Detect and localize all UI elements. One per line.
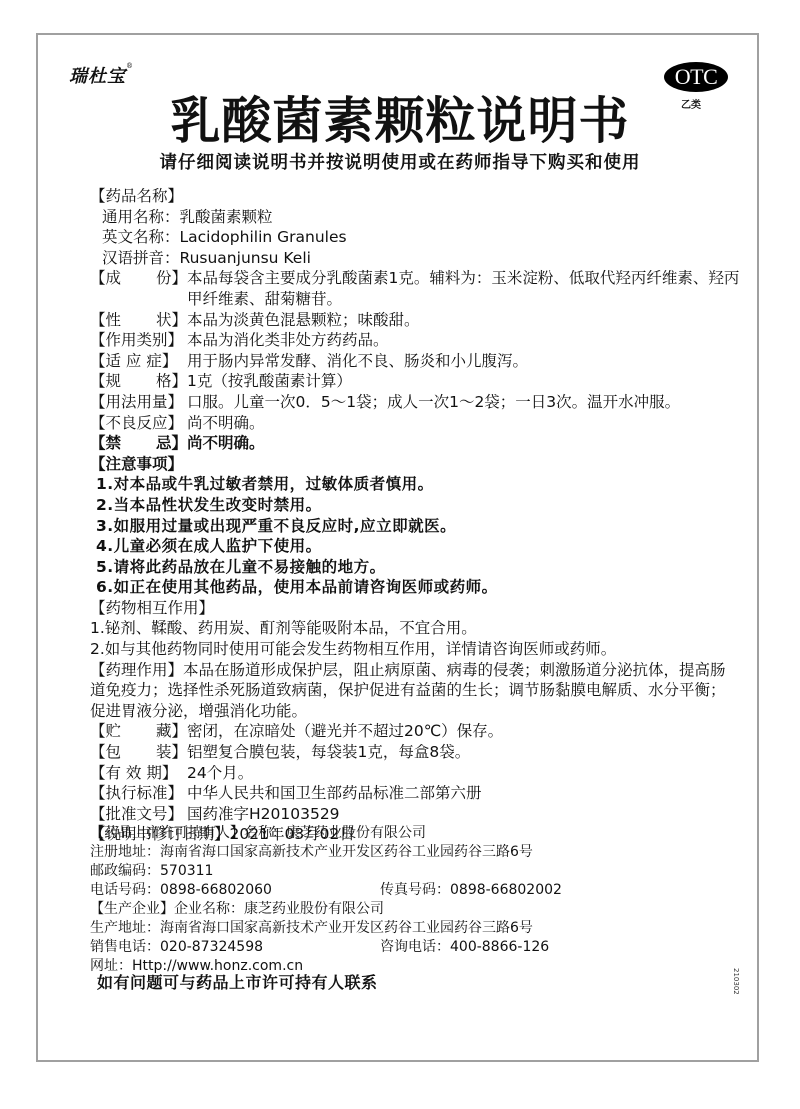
adverse-reactions-row: 【不良反应】 尚不明确。 [90, 413, 740, 434]
interaction-item: 2.如与其他药物同时使用可能会发生药物相互作用，详情请咨询医师或药师。 [90, 639, 740, 660]
holder-phone-row: 电话号码：0898-66802060 传真号码：0898-66802002 [90, 881, 730, 900]
holder-fax: 传真号码：0898-66802002 [380, 881, 562, 900]
english-name-row: 英文名称：Lacidophilin Granules [90, 227, 740, 248]
precaution-item: 1.对本品或牛乳过敏者禁用，过敏体质者慎用。 [90, 474, 740, 495]
holder-name-row: 【药品上市许可持有人】名称：康芝药业股份有限公司 [90, 824, 730, 843]
precaution-item: 5.请将此药品放在儿童不易接触的地方。 [90, 557, 740, 578]
pinyin-name-row: 汉语拼音：Rusuanjunsu Keli [90, 248, 740, 269]
indications-row: 【适 应 症】 用于肠内异常发酵、消化不良、肠炎和小儿腹泻。 [90, 351, 740, 372]
precautions-header: 【注意事项】 [90, 454, 740, 475]
holder-phone: 电话号码：0898-66802060 [90, 881, 380, 900]
description-row: 【性状】 本品为淡黄色混悬颗粒；味酸甜。 [90, 310, 740, 331]
manufacturer-address-row: 生产地址：海南省海口国家高新技术产业开发区药谷工业园药谷三路6号 [90, 919, 730, 938]
drug-name-header: 【药品名称】 [90, 186, 740, 207]
dosage-row: 【用法用量】 口服。儿童一次0．5～1袋；成人一次1～2袋；一日3次。温开水冲服… [90, 392, 740, 413]
interactions-header: 【药物相互作用】 [90, 598, 740, 619]
document-title: 乳酸菌素颗粒说明书 [0, 92, 800, 150]
standard-row: 【执行标准】 中华人民共和国卫生部药品标准二部第六册 [90, 783, 740, 804]
shelf-life-row: 【有 效 期】 24个月。 [90, 763, 740, 784]
storage-row: 【贮藏】 密闭，在凉暗处（避光并不超过20℃）保存。 [90, 721, 740, 742]
leaflet-body: 【药品名称】 通用名称：乳酸菌素颗粒 英文名称：Lacidophilin Gra… [90, 186, 740, 845]
version-code: 210302 [732, 968, 740, 995]
approval-number-row: 【批准文号】 国药准字H20103529 [90, 804, 740, 825]
interaction-item: 1.铋剂、鞣酸、药用炭、酊剂等能吸附本品，不宜合用。 [90, 618, 740, 639]
precaution-item: 2.当本品性状发生改变时禁用。 [90, 495, 740, 516]
category-row: 【作用类别】 本品为消化类非处方药药品。 [90, 330, 740, 351]
manufacturer-name-row: 【生产企业】企业名称：康芝药业股份有限公司 [90, 900, 730, 919]
precaution-item: 6.如正在使用其他药品，使用本品前请咨询医师或药师。 [90, 577, 740, 598]
sales-phone: 销售电话：020-87324598 [90, 938, 380, 957]
holder-address-row: 注册地址：海南省海口国家高新技术产业开发区药谷工业园药谷三路6号 [90, 843, 730, 862]
company-info: 【药品上市许可持有人】名称：康芝药业股份有限公司 注册地址：海南省海口国家高新技… [90, 824, 730, 976]
pharmacology-row: 【药理作用】本品在肠道形成保护层，阻止病原菌、病毒的侵袭；刺激肠道分泌抗体，提高… [90, 660, 740, 722]
consult-phone: 咨询电话：400-8866-126 [380, 938, 549, 957]
generic-name-row: 通用名称：乳酸菌素颗粒 [90, 207, 740, 228]
contact-note: 如有问题可与药品上市许可持有人联系 [97, 970, 378, 993]
precaution-item: 3.如服用过量或出现严重不良反应时,应立即就医。 [90, 516, 740, 537]
manufacturer-phone-row: 销售电话：020-87324598 咨询电话：400-8866-126 [90, 938, 730, 957]
holder-postcode-row: 邮政编码：570311 [90, 862, 730, 881]
precaution-item: 4.儿童必须在成人监护下使用。 [90, 536, 740, 557]
document-subtitle: 请仔细阅读说明书并按说明使用或在药师指导下购买和使用 [0, 151, 800, 175]
package-row: 【包装】 铝塑复合膜包装，每袋装1克，每盒8袋。 [90, 742, 740, 763]
otc-badge: OTC [664, 62, 728, 92]
specification-row: 【规格】 1克（按乳酸菌素计算） [90, 371, 740, 392]
ingredients-row: 【成份】 本品每袋含主要成分乳酸菌素1克。辅料为：玉米淀粉、低取代羟丙纤维素、羟… [90, 268, 740, 309]
brand-logo: 瑞杜宝® [69, 62, 134, 88]
contraindications-row: 【禁忌】 尚不明确。 [90, 433, 740, 454]
